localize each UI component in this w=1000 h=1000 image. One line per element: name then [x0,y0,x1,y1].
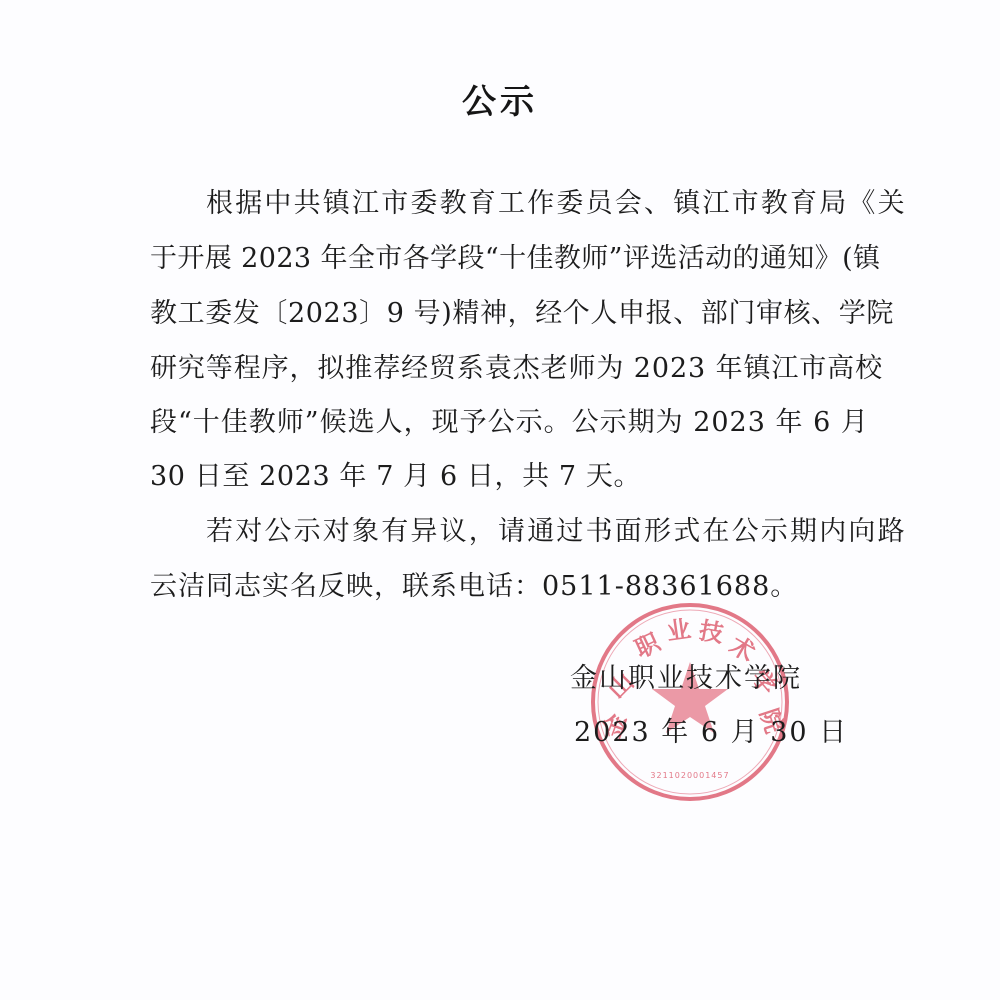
signer-organization: 金山职业技术学院 [570,662,802,696]
svg-text:3211020001457: 3211020001457 [650,771,729,780]
paragraph-1-line-6: 30 日至 2023 年 7 月 6 日，共 7 天。 [150,460,641,494]
document-page: 公示 根据中共镇江市委教育工作委员会、镇江市教育局《关 于开展 2023 年全市… [0,0,1000,1000]
svg-text:职: 职 [631,627,665,663]
paragraph-1-line-4: 研究等程序，拟推荐经贸系袁杰老师为 2023 年镇江市高校 [150,352,883,386]
signature-date: 2023 年 6 月 30 日 [574,716,848,750]
paragraph-1-line-5: 段“十佳教师”候选人，现予公示。公示期为 2023 年 6 月 [150,406,869,440]
svg-text:技: 技 [697,616,725,648]
paragraph-2-line-2: 云洁同志实名反映，联系电话：0511-88361688。 [150,570,798,604]
paragraph-2-line-1: 若对公示对象有异议，请通过书面形式在公示期内向路 [206,515,907,549]
official-seal-icon: 金 山 职 业 技 术 学 院 3211020001457 [588,600,792,804]
paragraph-1-line-2: 于开展 2023 年全市各学段“十佳教师”评选活动的通知》(镇 [150,242,880,276]
svg-text:业: 业 [665,615,693,646]
paragraph-1-line-1: 根据中共镇江市委教育工作委员会、镇江市教育局《关 [206,187,907,221]
paragraph-1-line-3: 教工委发〔2023〕9 号)精神，经个人申报、部门审核、学院 [150,297,894,331]
document-title: 公示 [0,74,1000,123]
